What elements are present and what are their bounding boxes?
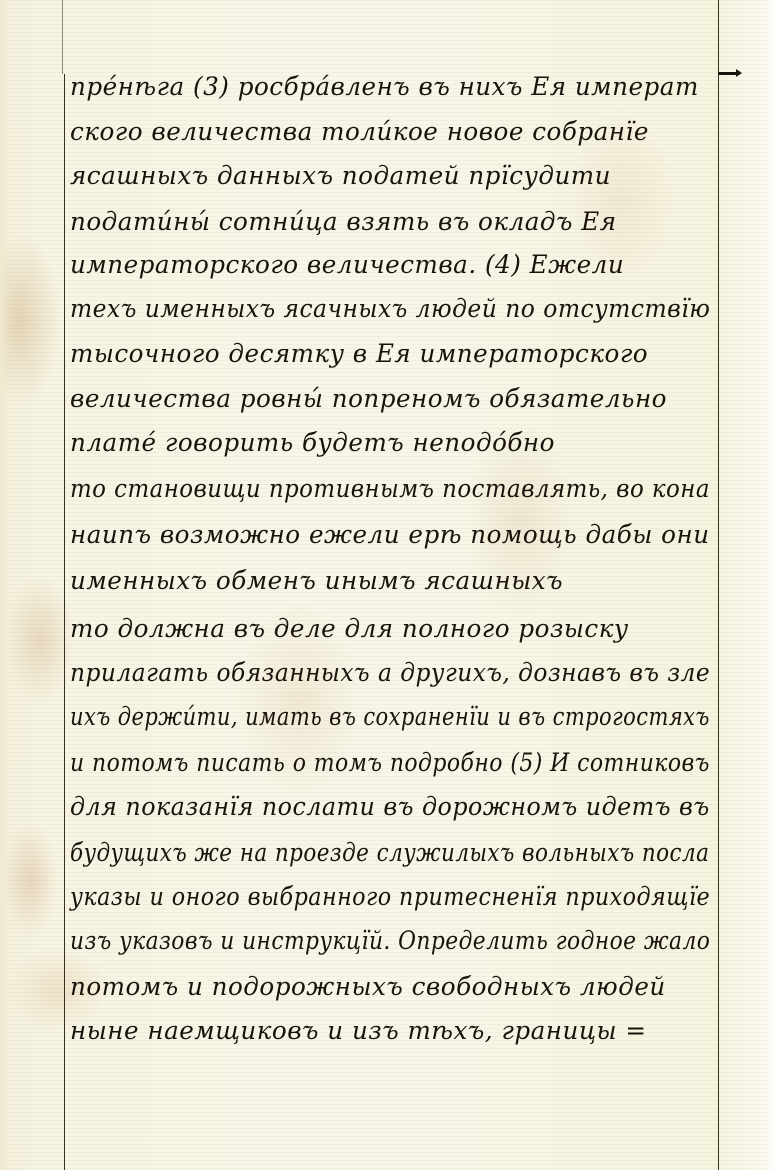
manuscript-line-20: изъ указовъ и инструкцїй. Определить год… (70, 926, 636, 956)
manuscript-line-2: ского величества толи́кое новое собранїе (70, 117, 710, 147)
manuscript-line-5: императорского величества. (4) Ежели (70, 250, 710, 280)
manuscript-line-1: пре́нѣга (3) росбра́вленъ въ нихъ Ея имп… (70, 72, 710, 102)
manuscript-line-21: потомъ и подорожныхъ свободныхъ людей (70, 972, 710, 1002)
manuscript-line-18: будущихъ же на проезде служилыхъ вольных… (70, 838, 630, 868)
manuscript-text-block: пре́нѣга (3) росбра́вленъ въ нихъ Ея имп… (0, 0, 780, 1170)
manuscript-line-6: техъ именныхъ ясачныхъ людей по отсутств… (70, 294, 679, 324)
manuscript-line-19: указы и оного выбранного притесненїя при… (70, 882, 649, 912)
manuscript-line-22: ныне наемщиковъ и изъ тѣхъ, границы = (70, 1016, 710, 1046)
manuscript-line-13: то должна въ деле для полного розыску (70, 614, 710, 644)
manuscript-line-7: тысочного десятку в Ея императорского (70, 339, 710, 369)
manuscript-page: пре́нѣга (3) росбра́вленъ въ нихъ Ея имп… (0, 0, 780, 1170)
manuscript-line-15: ихъ держи́ти, имать въ сохраненїи и въ с… (70, 702, 617, 732)
manuscript-line-8: величества ровны́ попреномъ обязательно (70, 384, 710, 414)
manuscript-line-12: именныхъ обменъ инымъ ясашныхъ (70, 566, 710, 596)
manuscript-line-11: наипъ возможно ежели ерѣ помощь дабы они (70, 520, 710, 550)
manuscript-line-9: плате́ говорить будетъ неподо́бно (70, 428, 710, 458)
manuscript-line-3: ясашныхъ данныхъ податей прїсудити (70, 161, 710, 191)
manuscript-line-14: прилагать обязанныхъ а другихъ, дознавъ … (70, 658, 677, 688)
manuscript-line-16: и потомъ писать о томъ подробно (5) И со… (70, 748, 641, 778)
manuscript-line-4: подати́ны́ сотни́ца взять въ окладъ Ея (70, 207, 710, 237)
manuscript-line-17: для показанїя послати въ дорожномъ идетъ… (70, 792, 688, 822)
manuscript-line-10: то становищи противнымъ поставлять, во к… (70, 474, 665, 504)
